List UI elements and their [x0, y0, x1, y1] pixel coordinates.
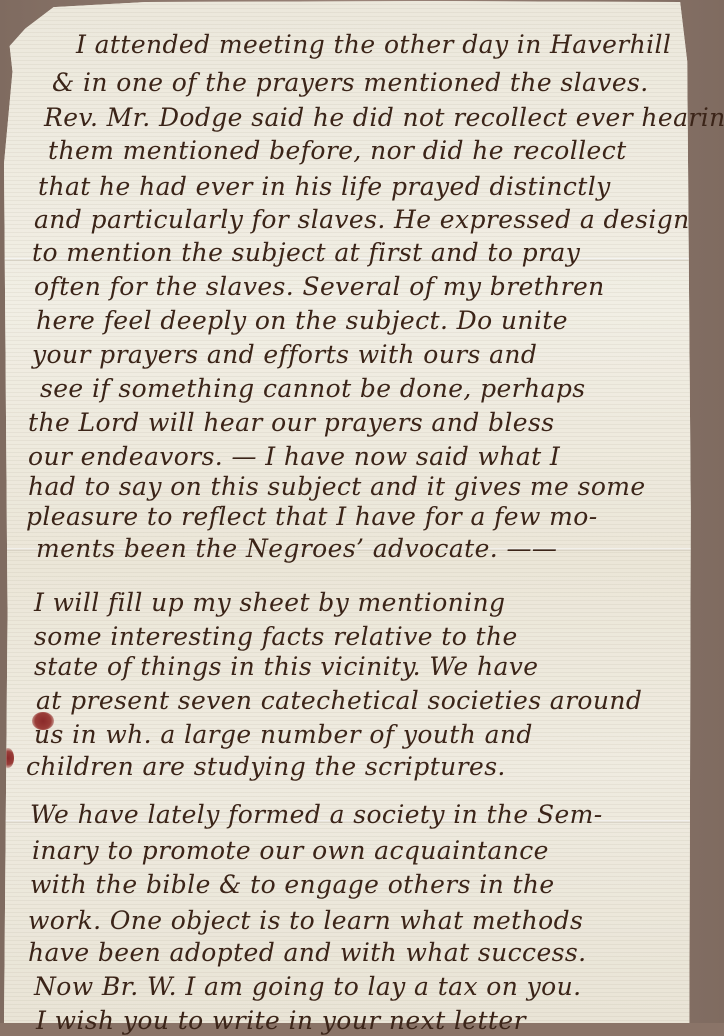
letter-line: I will fill up my sheet by mentioning [34, 588, 505, 618]
letter-line: us in wh. a large number of youth and [34, 720, 533, 750]
letter-line: some interesting facts relative to the [34, 622, 518, 652]
letter-line: had to say on this subject and it gives … [28, 472, 646, 502]
letter-line: work. One object is to learn what method… [28, 906, 583, 936]
letter-line: have been adopted and with what success. [28, 938, 586, 968]
letter-line: & in one of the prayers mentioned the sl… [52, 68, 649, 98]
letter-line: We have lately formed a society in the S… [30, 800, 603, 830]
letter-line: your prayers and efforts with ours and [32, 340, 537, 370]
letter-line: often for the slaves. Several of my bret… [34, 272, 605, 302]
letter-line: Now Br. W. I am going to lay a tax on yo… [34, 972, 581, 1002]
letter-line: and particularly for slaves. He expresse… [34, 205, 690, 235]
letter-line: I wish you to write in your next letter [36, 1006, 526, 1023]
letter-line: inary to promote our own acquaintance [32, 836, 549, 866]
letter-line: the Lord will hear our prayers and bless [28, 408, 554, 438]
letter-line: them mentioned before, nor did he recoll… [48, 136, 627, 166]
letter-line: state of things in this vicinity. We hav… [34, 652, 539, 682]
letter-line: see if something cannot be done, perhaps [40, 374, 585, 404]
handwritten-letter-body: I attended meeting the other day in Have… [48, 0, 688, 1023]
letter-line: I attended meeting the other day in Have… [76, 30, 671, 60]
letter-line: Rev. Mr. Dodge said he did not recollect… [44, 103, 724, 133]
letter-line: ments been the Negroes’ advocate. —— [36, 534, 557, 564]
letter-line: at present seven catechetical societies … [36, 686, 642, 716]
letter-line: that he had ever in his life prayed dist… [38, 172, 611, 202]
letter-line: here feel deeply on the subject. Do unit… [36, 306, 568, 336]
letter-line: with the bible & to engage others in the [30, 870, 555, 900]
letter-line: our endeavors. — I have now said what I [28, 442, 560, 472]
letter-line: to mention the subject at first and to p… [32, 238, 580, 268]
letter-line: pleasure to reflect that I have for a fe… [26, 502, 598, 532]
letter-line: children are studying the scriptures. [26, 752, 506, 782]
